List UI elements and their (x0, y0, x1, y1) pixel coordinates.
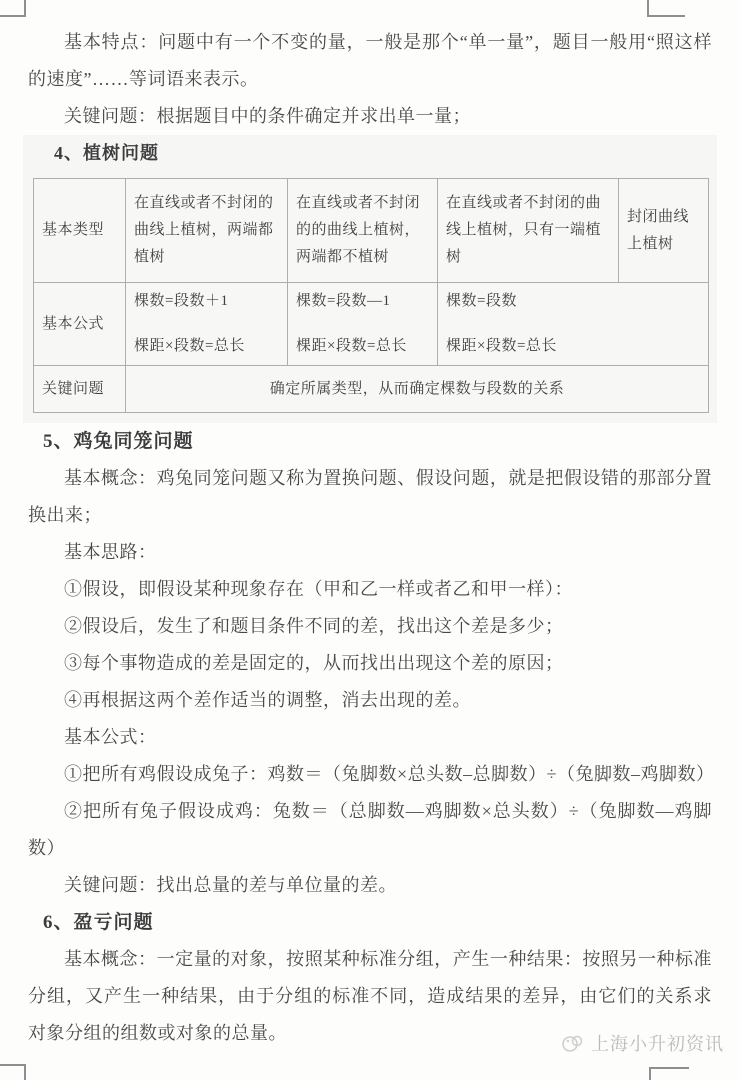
formula-cell-3: 棵数=段数 棵距×段数=总长 (438, 283, 709, 366)
tree-problem-section: 4、植树问题 基本类型 在直线或者不封闭的曲线上植树，两端都植树 在直线或者不封… (23, 135, 717, 423)
paragraph: 关键问题：找出总量的差与单位量的差。 (28, 867, 712, 904)
type-cell-1: 在直线或者不封闭的曲线上植树，两端都植树 (126, 179, 288, 283)
formula-line: 棵距×段数=总长 (134, 333, 279, 360)
formula-line: 棵数=段数＋1 (134, 288, 279, 315)
crop-mark-bottom-right (649, 1067, 689, 1080)
row-label-basic-formula: 基本公式 (34, 283, 126, 366)
document-page: 基本特点：问题中有一个不变的量，一般是那个“单一量”，题目一般用“照这样的速度”… (0, 0, 740, 1080)
section-heading-5: 5、鸡兔同笼问题 (28, 423, 712, 460)
formula-line: 棵数=段数—1 (296, 288, 429, 315)
watermark-logo-icon (561, 1032, 585, 1054)
type-cell-3: 在直线或者不封闭的曲线上植树，只有一端植树 (438, 179, 619, 283)
type-cell-4: 封闭曲线上植树 (619, 179, 709, 283)
paragraph: 基本思路： (28, 534, 712, 571)
paragraph: ④再根据这两个差作适当的调整，消去出现的差。 (28, 682, 712, 719)
table-row-key-question: 关键问题 确定所属类型，从而确定棵数与段数的关系 (34, 366, 709, 413)
paragraph: ①把所有鸡假设成兔子：鸡数＝（兔脚数×总头数–总脚数）÷（兔脚数–鸡脚数） (28, 756, 712, 793)
paragraph: 基本公式： (28, 719, 712, 756)
watermark-label: 上海小升初资讯 (591, 1030, 724, 1056)
formula-line: 棵数=段数 (446, 288, 700, 315)
paragraph: ②把所有兔子假设成鸡：兔数＝（总脚数—鸡脚数×总头数）÷（兔脚数—鸡脚数） (28, 793, 712, 867)
paragraph: 基本概念：鸡兔同笼问题又称为置换问题、假设问题，就是把假设错的那部分置换出来； (28, 460, 712, 534)
crop-mark-bottom-left (0, 1064, 26, 1080)
formula-cell-1: 棵数=段数＋1 棵距×段数=总长 (126, 283, 288, 366)
key-question-cell: 确定所属类型，从而确定棵数与段数的关系 (126, 366, 709, 413)
paragraph-basic-feature: 基本特点：问题中有一个不变的量，一般是那个“单一量”，题目一般用“照这样的速度”… (28, 24, 712, 98)
crop-mark-top-right (647, 0, 685, 17)
table-row-basic-type: 基本类型 在直线或者不封闭的曲线上植树，两端都植树 在直线或者不封闭的的曲线上植… (34, 179, 709, 283)
formula-line: 棵距×段数=总长 (446, 333, 700, 360)
formula-line: 棵距×段数=总长 (296, 333, 429, 360)
paragraph: ②假设后，发生了和题目条件不同的差，找出这个差是多少； (28, 608, 712, 645)
row-label-basic-type: 基本类型 (34, 179, 126, 283)
row-label-key-question: 关键问题 (34, 366, 126, 413)
paragraph: ①假设，即假设某种现象存在（甲和乙一样或者乙和甲一样）： (28, 571, 712, 608)
crop-mark-top-left (0, 0, 26, 17)
paragraph-key-question: 关键问题：根据题目中的条件确定并求出单一量； (28, 98, 712, 135)
formula-cell-2: 棵数=段数—1 棵距×段数=总长 (288, 283, 438, 366)
section-heading-6: 6、盈亏问题 (28, 904, 712, 941)
paragraph: ③每个事物造成的差是固定的，从而找出出现这个差的原因； (28, 645, 712, 682)
section-heading-4: 4、植树问题 (23, 140, 717, 167)
watermark: 上海小升初资讯 (561, 1030, 724, 1056)
tree-problem-table: 基本类型 在直线或者不封闭的曲线上植树，两端都植树 在直线或者不封闭的的曲线上植… (33, 178, 709, 413)
type-cell-2: 在直线或者不封闭的的曲线上植树，两端都不植树 (288, 179, 438, 283)
table-row-basic-formula: 基本公式 棵数=段数＋1 棵距×段数=总长 棵数=段数—1 棵距×段数=总长 棵… (34, 283, 709, 366)
